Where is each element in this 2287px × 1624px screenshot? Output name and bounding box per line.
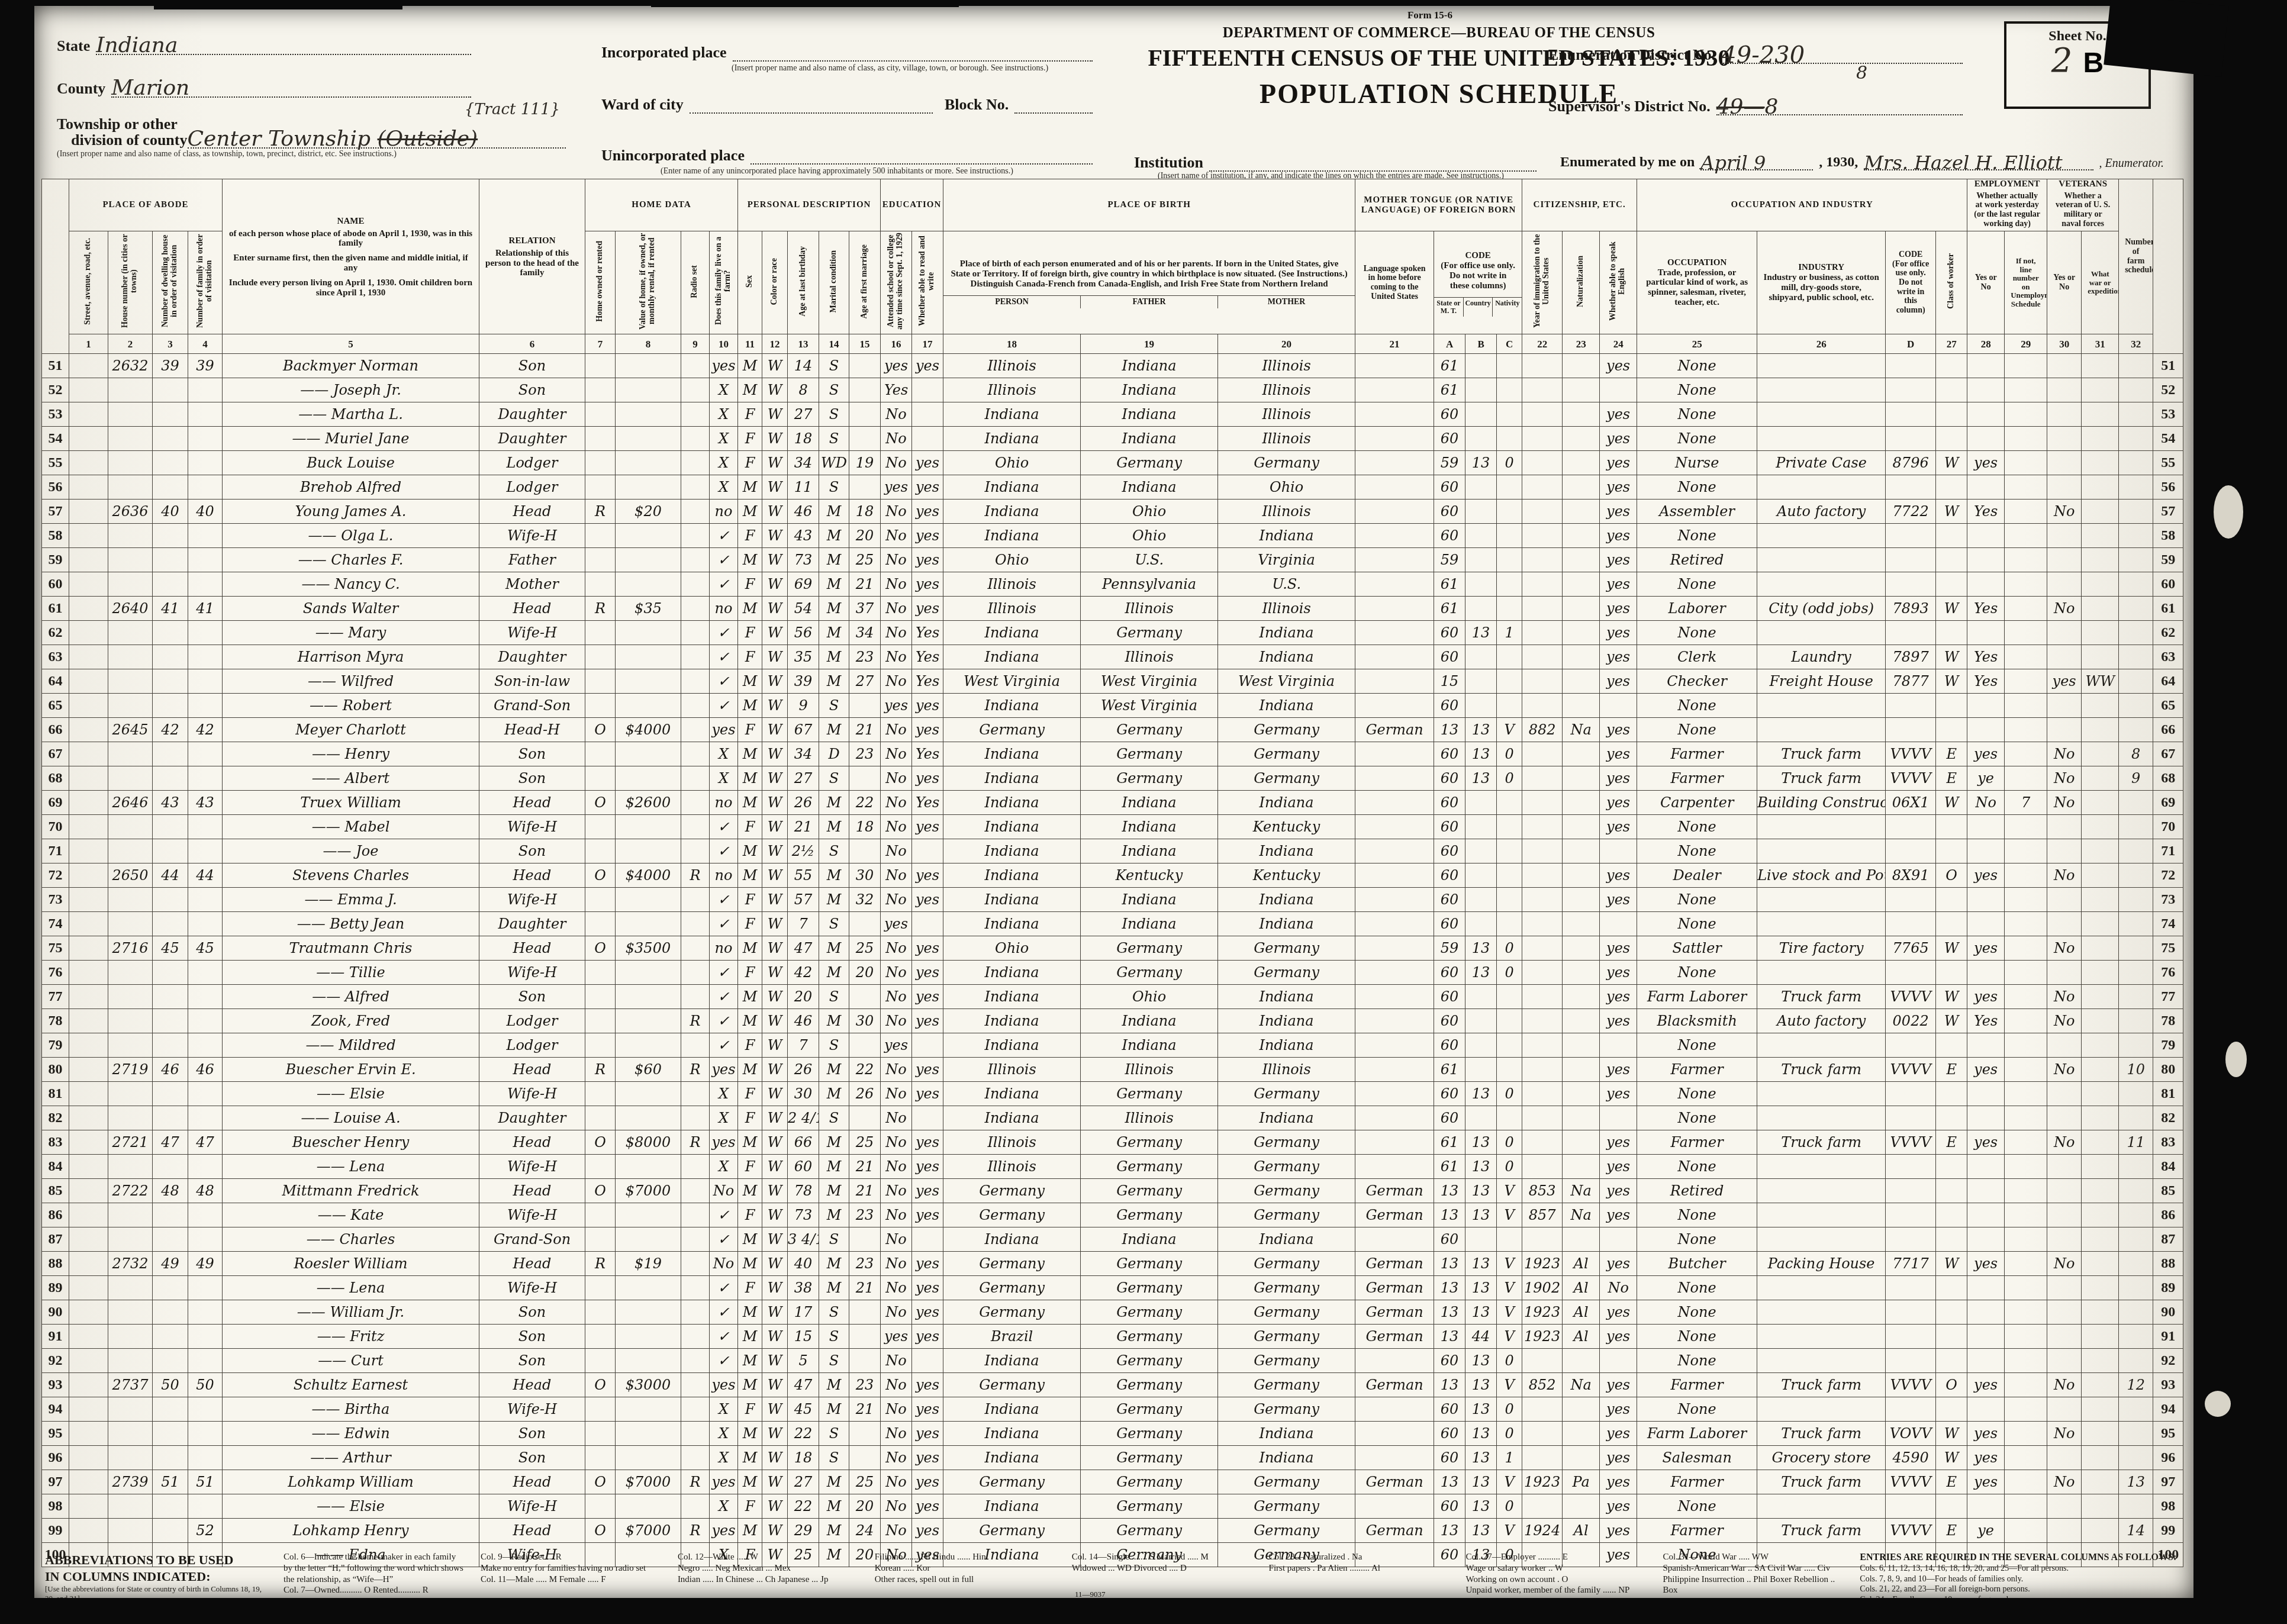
cell-dwell: [153, 1009, 188, 1033]
cell-cB: [1465, 354, 1497, 378]
column-number-e2: 29: [2005, 334, 2047, 354]
cell-na: Al: [1563, 1519, 1600, 1543]
cell-street: [69, 912, 108, 936]
cell-rad: R: [681, 1470, 710, 1494]
cell-cA: 60: [1434, 863, 1465, 888]
cell-na: [1563, 427, 1600, 451]
cell-farm: no: [710, 791, 738, 815]
township-label: Township or other division of county: [57, 116, 188, 149]
cell-cd: [1886, 572, 1936, 597]
cell-fam: 48: [188, 1179, 223, 1203]
cell-en: yes: [1600, 1203, 1637, 1227]
cell-name: —— Henry: [223, 742, 479, 766]
table-row: 63Harrison MyraDaughter✓FW35M23NoYesIndi…: [42, 645, 2183, 669]
cell-bf: Pennsylvania: [1081, 572, 1218, 597]
cell-ind: [1757, 354, 1886, 378]
cell-cw: E: [1936, 742, 1967, 766]
cell-occ: Sattler: [1637, 936, 1757, 961]
cell-occ: None: [1637, 839, 1757, 863]
cell-val: $4000: [616, 718, 681, 742]
cell-cw: W: [1936, 1422, 1967, 1446]
cell-en: yes: [1600, 1373, 1637, 1397]
cell-ind: [1757, 1397, 1886, 1422]
cell-bf: Indiana: [1081, 815, 1218, 839]
cell-cw: W: [1936, 1252, 1967, 1276]
cell-sch: No: [881, 1470, 912, 1494]
cell-age: 7: [788, 1033, 819, 1058]
cell-en: yes: [1600, 985, 1637, 1009]
cell-val: [616, 839, 681, 863]
cell-na: [1563, 597, 1600, 621]
cell-rel: Grand-Son: [479, 1227, 585, 1252]
cell-house: [108, 548, 153, 572]
cell-e2: [2005, 1155, 2047, 1179]
cell-bp: Indiana: [943, 1082, 1081, 1106]
table-row: 74—— Betty JeanDaughter✓FW7SyesIndianaIn…: [42, 912, 2183, 936]
cell-dwell: [153, 1276, 188, 1300]
cell-fs: [2119, 694, 2153, 718]
cell-na: Pa: [1563, 1470, 1600, 1494]
cell-v1: [2047, 402, 2082, 427]
veteran-yes-no-header: Yes or No: [2047, 231, 2082, 334]
cell-na: [1563, 1058, 1600, 1082]
cell-name: Mittmann Fredrick: [223, 1179, 479, 1203]
cell-house: [108, 524, 153, 548]
cell-e2: [2005, 645, 2047, 669]
line-number: 55: [42, 451, 69, 475]
cell-sex: F: [738, 402, 762, 427]
cell-cd: 7722: [1886, 500, 1936, 524]
cell-mt: [1355, 1349, 1434, 1373]
cell-street: [69, 1519, 108, 1543]
cell-rw: yes: [912, 1009, 943, 1033]
cell-sch: No: [881, 1349, 912, 1373]
cell-en: [1600, 378, 1637, 402]
cell-age: 27: [788, 766, 819, 791]
cell-fam: [188, 1300, 223, 1325]
cell-am: 25: [849, 1470, 881, 1494]
legend-entry-rule: Cols. 7, 8, 9, and 10—For heads of famil…: [1860, 1574, 2182, 1585]
cell-occ: Salesman: [1637, 1446, 1757, 1470]
cell-sch: No: [881, 1082, 912, 1106]
legend-abbreviation-block: Filipino ...... Fil Hindu ...... HinKore…: [875, 1552, 1056, 1600]
cell-dwell: [153, 912, 188, 936]
cell-cC: 0: [1497, 1397, 1522, 1422]
incorporated-field: Incorporated place: [601, 44, 1093, 62]
cell-bf: Germany: [1081, 1446, 1218, 1470]
cell-rw: yes: [912, 1179, 943, 1203]
cell-street: [69, 1446, 108, 1470]
cell-cw: E: [1936, 1130, 1967, 1155]
cell-am: [849, 354, 881, 378]
cell-cw: [1936, 427, 1967, 451]
legend-entries: ENTRIES ARE REQUIRED IN THE SEVERAL COLU…: [1860, 1552, 2182, 1600]
line-number: 74: [2153, 912, 2183, 936]
cell-farm: ✓: [710, 548, 738, 572]
cell-na: [1563, 888, 1600, 912]
cell-occ: Dealer: [1637, 863, 1757, 888]
line-number-column: [2153, 179, 2183, 354]
cell-farm: X: [710, 1446, 738, 1470]
legend-abbreviation-block: Col. 6—Indicate the home-maker in each f…: [284, 1552, 465, 1600]
cell-age: 66: [788, 1130, 819, 1155]
cell-street: [69, 1033, 108, 1058]
cell-house: [108, 621, 153, 645]
column-number-sex: 11: [738, 334, 762, 354]
cell-am: 21: [849, 718, 881, 742]
legend: ABBREVIATIONS TO BE USED IN COLUMNS INDI…: [45, 1552, 2182, 1600]
cell-na: [1563, 1422, 1600, 1446]
cell-rw: yes: [912, 1252, 943, 1276]
enumerated-label: Enumerated by me on: [1560, 154, 1695, 170]
cell-rel: Wife-H: [479, 1082, 585, 1106]
cell-street: [69, 1009, 108, 1033]
cell-occ: None: [1637, 524, 1757, 548]
cell-fam: [188, 1397, 223, 1422]
cell-fs: [2119, 378, 2153, 402]
cell-dwell: [153, 402, 188, 427]
cell-rw: [912, 1227, 943, 1252]
cell-bm: Indiana: [1218, 791, 1355, 815]
cell-v2: [2082, 1494, 2119, 1519]
sheet-number-value: 2: [2051, 44, 2073, 78]
cell-rel: Son: [479, 1300, 585, 1325]
cell-v1: [2047, 1300, 2082, 1325]
cell-am: [849, 1325, 881, 1349]
cell-en: yes: [1600, 354, 1637, 378]
cell-rad: R: [681, 1519, 710, 1543]
cell-cd: [1886, 1203, 1936, 1227]
cell-cA: 59: [1434, 451, 1465, 475]
cell-sch: No: [881, 1446, 912, 1470]
cell-cw: [1936, 524, 1967, 548]
cell-bf: Germany: [1081, 1470, 1218, 1494]
cell-rad: [681, 451, 710, 475]
cell-rad: [681, 766, 710, 791]
line-number: 97: [42, 1470, 69, 1494]
cell-own: [585, 427, 616, 451]
cell-occ: None: [1637, 1033, 1757, 1058]
ed-field: Enumeration District No. 49-230: [1548, 41, 1963, 64]
state-value: Indiana: [96, 33, 178, 57]
cell-occ: None: [1637, 402, 1757, 427]
code-d-column-header: CODE(For office use only. Do not write i…: [1886, 231, 1936, 334]
cell-rw: [912, 378, 943, 402]
cell-e2: [2005, 961, 2047, 985]
cell-am: 21: [849, 1397, 881, 1422]
cell-farm: ✓: [710, 1227, 738, 1252]
cell-bf: Germany: [1081, 961, 1218, 985]
cell-dwell: 46: [153, 1058, 188, 1082]
cell-race: W: [762, 718, 788, 742]
cell-val: [616, 1203, 681, 1227]
cell-cB: 13: [1465, 1300, 1497, 1325]
cell-occ: Farmer: [1637, 742, 1757, 766]
cell-farm: ✓: [710, 1325, 738, 1349]
cell-mar: D: [819, 742, 849, 766]
cell-val: [616, 475, 681, 500]
cell-race: W: [762, 1519, 788, 1543]
cell-bp: Illinois: [943, 1155, 1081, 1179]
line-number: 54: [2153, 427, 2183, 451]
cell-bp: Indiana: [943, 524, 1081, 548]
cell-en: [1600, 1349, 1637, 1373]
cell-name: Truex William: [223, 791, 479, 815]
cell-name: —— Fritz: [223, 1325, 479, 1349]
cell-cw: [1936, 378, 1967, 402]
cell-e1: yes: [1967, 1252, 2005, 1276]
cell-bp: Germany: [943, 1179, 1081, 1203]
employment-yes-no-header: Yes or No: [1967, 231, 2005, 334]
cell-ind: Live stock and Poultry: [1757, 863, 1886, 888]
cell-mt: [1355, 548, 1434, 572]
cell-fam: 40: [188, 500, 223, 524]
cell-rel: Grand-Son: [479, 694, 585, 718]
cell-sex: M: [738, 1470, 762, 1494]
cell-am: 23: [849, 742, 881, 766]
cell-bf: Germany: [1081, 936, 1218, 961]
cell-en: yes: [1600, 1494, 1637, 1519]
cell-occ: Carpenter: [1637, 791, 1757, 815]
cell-own: [585, 1494, 616, 1519]
cell-v1: No: [2047, 863, 2082, 888]
cell-v2: [2082, 1155, 2119, 1179]
cell-house: 2645: [108, 718, 153, 742]
cell-dwell: [153, 548, 188, 572]
cell-cA: 60: [1434, 1009, 1465, 1033]
line-number: 94: [2153, 1397, 2183, 1422]
cell-dwell: [153, 839, 188, 863]
cell-sex: F: [738, 427, 762, 451]
cell-cw: W: [1936, 1446, 1967, 1470]
cell-e2: [2005, 863, 2047, 888]
cell-cd: [1886, 1349, 1936, 1373]
cell-v1: No: [2047, 597, 2082, 621]
cell-cB: 13: [1465, 936, 1497, 961]
cell-mar: M: [819, 1252, 849, 1276]
line-number: 87: [42, 1227, 69, 1252]
cell-cA: 60: [1434, 1033, 1465, 1058]
cell-bf: Kentucky: [1081, 863, 1218, 888]
cell-bm: Kentucky: [1218, 815, 1355, 839]
cell-dwell: 49: [153, 1252, 188, 1276]
table-row: 8027194646Buescher Ervin E.HeadR$60RyesM…: [42, 1058, 2183, 1082]
cell-mt: [1355, 524, 1434, 548]
table-row: 82—— Louise A.DaughterXFW2 4/12SNoIndian…: [42, 1106, 2183, 1130]
cell-cw: O: [1936, 863, 1967, 888]
cell-cd: [1886, 1106, 1936, 1130]
cell-sch: No: [881, 1300, 912, 1325]
line-number: 74: [42, 912, 69, 936]
line-number: 65: [2153, 694, 2183, 718]
cell-v1: No: [2047, 1470, 2082, 1494]
cell-street: [69, 888, 108, 912]
cell-bf: Germany: [1081, 1422, 1218, 1446]
cell-val: [616, 766, 681, 791]
cell-mt: [1355, 451, 1434, 475]
cell-sex: F: [738, 1082, 762, 1106]
cell-rw: yes: [912, 475, 943, 500]
table-row: 94—— BirthaWife-HXFW45M21NoyesIndianaGer…: [42, 1397, 2183, 1422]
cell-im: [1522, 1009, 1563, 1033]
cell-bp: Illinois: [943, 572, 1081, 597]
cell-cC: 0: [1497, 961, 1522, 985]
cell-bp: Indiana: [943, 500, 1081, 524]
cell-v1: [2047, 718, 2082, 742]
cell-house: [108, 1276, 153, 1300]
cell-sex: M: [738, 548, 762, 572]
cell-val: [616, 1397, 681, 1422]
cell-fs: [2119, 839, 2153, 863]
line-number: 92: [42, 1349, 69, 1373]
sheet-letter: B: [2083, 49, 2104, 78]
cell-street: [69, 524, 108, 548]
cell-own: O: [585, 863, 616, 888]
cell-na: Al: [1563, 1325, 1600, 1349]
line-number: 90: [42, 1300, 69, 1325]
cell-cw: [1936, 839, 1967, 863]
cell-street: [69, 1494, 108, 1519]
cell-dwell: 48: [153, 1179, 188, 1203]
cell-age: 60: [788, 1155, 819, 1179]
cell-mar: M: [819, 621, 849, 645]
ed-label: Enumeration District No.: [1548, 46, 1715, 64]
cell-rw: yes: [912, 1446, 943, 1470]
cell-im: [1522, 1227, 1563, 1252]
cell-fam: [188, 572, 223, 597]
cell-v1: [2047, 1325, 2082, 1349]
column-header-rw: Whether able to read and write: [912, 231, 943, 334]
cell-bp: Indiana: [943, 1009, 1081, 1033]
cell-fs: 8: [2119, 742, 2153, 766]
cell-val: [616, 742, 681, 766]
cell-fam: 42: [188, 718, 223, 742]
cell-e2: [2005, 1009, 2047, 1033]
cell-ind: Private Case: [1757, 451, 1886, 475]
cell-race: W: [762, 1300, 788, 1325]
cell-en: yes: [1600, 766, 1637, 791]
line-number: 71: [2153, 839, 2183, 863]
cell-sex: M: [738, 1058, 762, 1082]
cell-farm: ✓: [710, 572, 738, 597]
column-number-cA: A: [1434, 334, 1465, 354]
cell-im: [1522, 645, 1563, 669]
cell-sex: M: [738, 766, 762, 791]
table-row: 81—— ElsieWife-HXFW30M26NoyesIndianaGerm…: [42, 1082, 2183, 1106]
block-label: Block No.: [945, 96, 1009, 114]
cell-name: —— Joe: [223, 839, 479, 863]
cell-cA: 60: [1434, 694, 1465, 718]
cell-age: 35: [788, 645, 819, 669]
column-number-v2: 31: [2082, 334, 2119, 354]
cell-e1: [1967, 1179, 2005, 1203]
group-relation: RELATIONRelationship of this person to t…: [479, 179, 585, 334]
cell-e1: yes: [1967, 936, 2005, 961]
cell-cA: 60: [1434, 402, 1465, 427]
cell-bf: Ohio: [1081, 524, 1218, 548]
cell-fs: [2119, 1179, 2153, 1203]
cell-own: R: [585, 597, 616, 621]
group-citizenship: CITIZENSHIP, ETC.: [1522, 179, 1637, 231]
cell-cd: [1886, 1179, 1936, 1203]
cell-dwell: [153, 961, 188, 985]
cell-own: [585, 985, 616, 1009]
cell-sch: No: [881, 1203, 912, 1227]
cell-e1: [1967, 524, 2005, 548]
cell-en: yes: [1600, 1252, 1637, 1276]
table-row: 77—— AlfredSon✓MW20SNoyesIndianaOhioIndi…: [42, 985, 2183, 1009]
cell-im: [1522, 888, 1563, 912]
cell-v1: [2047, 839, 2082, 863]
cell-sex: M: [738, 1422, 762, 1446]
cell-dwell: [153, 985, 188, 1009]
cell-cB: 13: [1465, 1203, 1497, 1227]
cell-sch: No: [881, 621, 912, 645]
column-number-sch: 16: [881, 334, 912, 354]
cell-cB: [1465, 500, 1497, 524]
cell-occ: None: [1637, 354, 1757, 378]
cell-mar: M: [819, 1203, 849, 1227]
cell-cA: 60: [1434, 1349, 1465, 1373]
cell-bp: Indiana: [943, 1446, 1081, 1470]
cell-house: [108, 427, 153, 451]
cell-mar: M: [819, 572, 849, 597]
cell-bp: Indiana: [943, 815, 1081, 839]
cell-house: [108, 645, 153, 669]
cell-e2: [2005, 378, 2047, 402]
cell-cA: 13: [1434, 1325, 1465, 1349]
cell-fs: [2119, 888, 2153, 912]
cell-ind: [1757, 1349, 1886, 1373]
cell-cw: [1936, 888, 1967, 912]
cell-cA: 60: [1434, 645, 1465, 669]
table-row: 5726364040Young James A.HeadR$20noMW46M1…: [42, 500, 2183, 524]
cell-fam: [188, 669, 223, 694]
cell-house: [108, 1349, 153, 1373]
cell-ind: Truck farm: [1757, 1422, 1886, 1446]
cell-mar: S: [819, 1227, 849, 1252]
cell-own: [585, 1349, 616, 1373]
cell-rel: Wife-H: [479, 1494, 585, 1519]
cell-dwell: 39: [153, 354, 188, 378]
cell-age: 27: [788, 1470, 819, 1494]
cell-name: —— Charles: [223, 1227, 479, 1252]
cell-race: W: [762, 1422, 788, 1446]
cell-v1: [2047, 378, 2082, 402]
cell-im: 882: [1522, 718, 1563, 742]
cell-farm: ✓: [710, 1349, 738, 1373]
cell-fs: [2119, 863, 2153, 888]
cell-mt: [1355, 597, 1434, 621]
cell-mar: M: [819, 791, 849, 815]
cell-rel: Head: [479, 791, 585, 815]
cell-sch: No: [881, 839, 912, 863]
cell-fam: [188, 742, 223, 766]
cell-occ: Farmer: [1637, 1130, 1757, 1155]
cell-cC: [1497, 524, 1522, 548]
cell-val: [616, 1446, 681, 1470]
cell-rad: [681, 1179, 710, 1203]
cell-v1: [2047, 645, 2082, 669]
column-header-na: Naturalization: [1563, 231, 1600, 334]
cell-rad: R: [681, 863, 710, 888]
cell-im: [1522, 402, 1563, 427]
cell-sch: No: [881, 500, 912, 524]
cell-e2: [2005, 936, 2047, 961]
cell-cC: V: [1497, 1373, 1522, 1397]
column-header-mar: Marital condition: [819, 231, 849, 334]
cell-cC: 0: [1497, 1130, 1522, 1155]
